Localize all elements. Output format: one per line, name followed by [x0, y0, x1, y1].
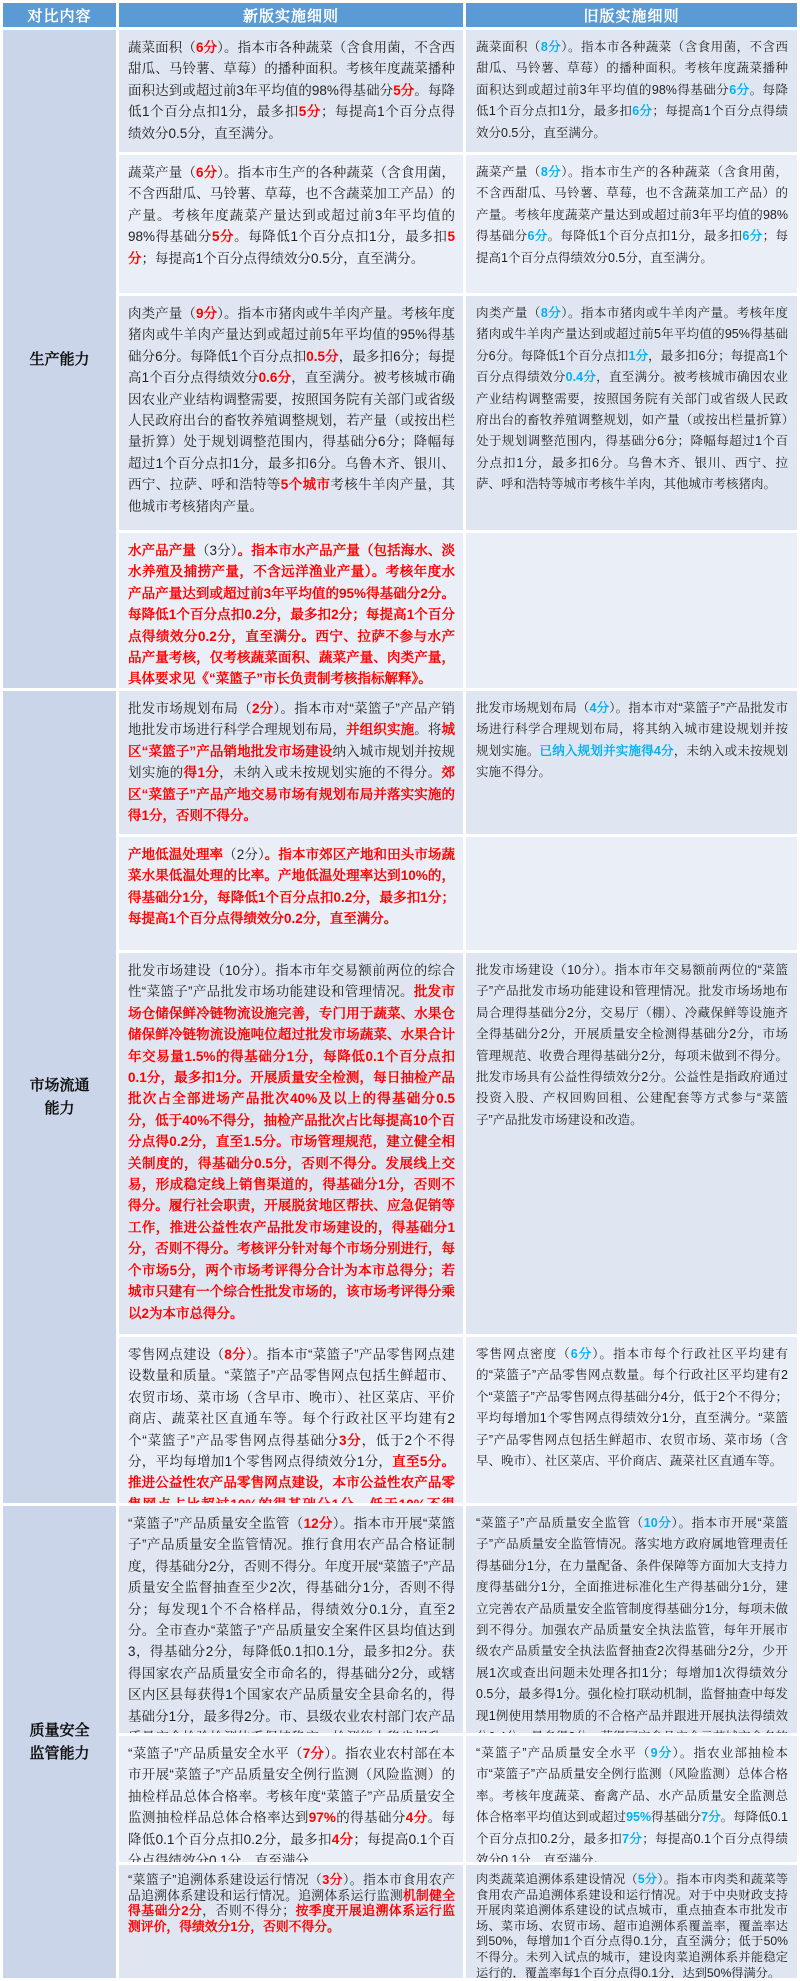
category-label-line: 市场流通: [29, 1074, 89, 1097]
new-rule-cell-precooling-rate: 产地低温处理率（2分）。指本市郊区产地和田头市场蔬菜水果低温处理的比率。产地低温…: [119, 837, 463, 950]
old-rule-cell-quality-level: “菜篮子”产品质量安全水平（9分）。指农业部抽检本市“菜篮子”产品质量安全例行监…: [466, 1736, 797, 1862]
text-run: “菜篮子”产品质量安全水平（: [476, 1746, 651, 1760]
new-rule-cell-quality-supervision: “菜篮子”产品质量安全监管（12分）。指本市开展“菜篮子”产品质量安全监管情况。…: [119, 1506, 463, 1733]
highlight-red: 产地低温处理率: [128, 847, 223, 862]
text-run: 零售网点密度（: [476, 1347, 571, 1361]
highlight-blue: 6分: [527, 229, 547, 243]
text-run: （2分）: [223, 847, 265, 862]
text-run: 的得基础分: [336, 1810, 406, 1825]
old-rule-cell-aquatic-output: [466, 533, 797, 688]
text-run: 蔬菜产量（: [128, 165, 196, 180]
old-rule-cell-meat-output: 肉类产量（8分）。指本市猪肉或牛羊肉产量。考核年度猪肉或牛羊肉产量达到或超过前5…: [466, 296, 797, 530]
highlight-red: 5分: [299, 104, 321, 119]
text-run: 得基础分: [651, 1810, 701, 1824]
old-rule-cell-precooling-rate: [466, 837, 797, 950]
category-label-line: 能力: [44, 1097, 74, 1120]
highlight-red: 6分: [196, 40, 217, 55]
new-rule-cell-aquatic-output: 水产品产量（3分）。指本市水产品产量（包括海水、淡水养殖及捕捞产量，不含远洋渔业…: [119, 533, 463, 688]
text-run: ，未纳入或未按规划实施的不得分。: [219, 765, 441, 780]
highlight-red: 3分: [322, 1872, 343, 1887]
highlight-blue: 5分: [638, 1872, 658, 1886]
text-run: ，直至满分。被考核城市确因农业产业结构调整需要，按照国务院有关部门或省级人民政府…: [128, 370, 455, 492]
text-run: ，否则不得分；: [202, 1903, 295, 1918]
highlight-red: 得1分: [184, 765, 220, 780]
highlight-red: 7分: [303, 1746, 325, 1761]
highlight-blue: 6分: [632, 104, 652, 118]
new-rule-cell-wholesale-construction: 批发市场建设（10分）。指本市年交易额前两位的综合性“菜篮子”产品批发市场功能建…: [119, 953, 463, 1334]
old-rule-cell-retail-outlets: 零售网点密度（6分）。指本市每个行政社区平均建有的“菜篮子”产品零售网点数量。每…: [466, 1337, 797, 1503]
highlight-blue: 已纳入规划并实施得4分: [540, 744, 674, 758]
highlight-red: 4分: [406, 1810, 428, 1825]
text-run: ）。指本市每个行政社区平均建有的“菜篮子”产品零售网点数量。每个行政社区平均建有…: [476, 1347, 788, 1468]
highlight-red: 5分: [393, 83, 414, 98]
highlight-blue: 7分: [622, 1832, 642, 1846]
highlight-red: 3分: [339, 1433, 362, 1448]
old-rule-cell-wholesale-planning: 批发市场规划布局（4分）。指本市对“菜篮子”产品批发市场进行科学合理规划布局，将…: [466, 691, 797, 834]
comparison-table: 对比内容 新版实施细则 旧版实施细则 生产能力市场流通能力质量安全监管能力蔬菜面…: [0, 0, 800, 1981]
highlight-blue: 9分: [651, 1746, 673, 1760]
highlight-red: 并组织实施: [346, 722, 414, 737]
new-rule-cell-veg-area: 蔬菜面积（6分）。指本市各种蔬菜（含食用菌，不含西甜瓜、马铃薯、草莓）的播种面积…: [119, 30, 463, 152]
new-rule-cell-veg-output: 蔬菜产量（6分）。指本市生产的各种蔬菜（含食用菌，不含西甜瓜、马铃薯、草莓，也不…: [119, 155, 463, 293]
category-label-line: 生产能力: [29, 348, 89, 371]
highlight-red: 。指本市水产品产量（包括海水、淡水养殖及捕捞产量，不含远洋渔业产量）。考核年度水…: [128, 543, 455, 686]
highlight-red: 4分: [332, 1832, 354, 1847]
text-run: 。每降低1个百分点扣1分，最多扣: [548, 229, 743, 243]
text-run: ；每提高1个百分点得绩效分0.5分，直至满分。: [142, 251, 425, 266]
old-rule-cell-veg-area: 蔬菜面积（8分）。指本市各种蔬菜（含食用菌，不含西甜瓜、马铃薯、草莓）的播种面积…: [466, 30, 797, 152]
highlight-red: 水产品产量: [128, 543, 196, 558]
highlight-blue: 10分: [644, 1516, 672, 1530]
text-run: 批发市场建设（10分）。指本市年交易额前两位的综合性“菜篮子”产品批发市场功能建…: [128, 963, 455, 999]
text-run: ）。指本市开展“菜篮子”产品质量安全监管情况。落实地方政府属地管理责任得基础分1…: [476, 1516, 788, 1733]
category-label-line: 监管能力: [29, 1742, 89, 1765]
new-rule-cell-retail-outlets: 零售网点建设（8分）。指本市“菜篮子”产品零售网点建设数量和质量。“菜篮子”产品…: [119, 1337, 463, 1503]
text-run: “菜篮子”追溯体系建设运行情况（: [128, 1872, 322, 1887]
highlight-blue: 8分: [541, 306, 561, 320]
highlight-red: 0.6分: [259, 370, 292, 385]
text-run: 批发市场规划布局（: [128, 701, 252, 716]
text-run: 批发市场建设（10分）。指本市年交易额前两位的“菜篮子”产品批发市场功能建设和管…: [476, 963, 788, 1127]
old-rule-cell-veg-output: 蔬菜产量（8分）。指本市生产的各种蔬菜（含食用菌，不含西甜瓜、马铃薯、草莓，也不…: [466, 155, 797, 293]
text-run: 蔬菜面积（: [476, 40, 541, 54]
old-rule-cell-wholesale-construction: 批发市场建设（10分）。指本市年交易额前两位的“菜篮子”产品批发市场功能建设和管…: [466, 953, 797, 1334]
highlight-blue: 1分: [629, 349, 649, 363]
category-cell-市场流通能力: 市场流通能力: [3, 691, 116, 1503]
text-run: “菜篮子”产品质量安全监管（: [128, 1516, 304, 1531]
highlight-red: 12分: [304, 1516, 333, 1531]
highlight-red: 5分: [212, 229, 234, 244]
highlight-blue: 7分: [701, 1810, 720, 1824]
highlight-red: 5个城市: [281, 477, 331, 492]
highlight-blue: 6分: [571, 1347, 593, 1361]
text-run: 。每降低1个百分点扣1分，最多扣: [234, 229, 447, 244]
highlight-red: 6分: [196, 165, 217, 180]
text-run: 蔬菜面积（: [128, 40, 196, 55]
highlight-blue: 8分: [541, 40, 561, 54]
highlight-blue: 8分: [541, 165, 561, 179]
category-cell-质量安全监管能力: 质量安全监管能力: [3, 1506, 116, 1978]
text-run: 零售网点建设（: [128, 1347, 224, 1362]
highlight-red: 批发市场仓储保鲜冷链物流设施完善，专门用于蔬菜、水果仓储保鲜冷链物流设施吨位超过…: [128, 984, 455, 1320]
new-rule-cell-wholesale-planning: 批发市场规划布局（2分）。指本市对“菜篮子”产品产销地批发市场进行科学合理规划布…: [119, 691, 463, 834]
text-run: 。将: [414, 722, 441, 737]
text-run: 肉类产量（: [476, 306, 541, 320]
highlight-blue: 6分: [729, 83, 749, 97]
old-rule-cell-quality-supervision: “菜篮子”产品质量安全监管（10分）。指本市开展“菜篮子”产品质量安全监管情况。…: [466, 1506, 797, 1733]
highlight-blue: 95%: [626, 1810, 651, 1824]
highlight-blue: 4分: [590, 701, 610, 715]
highlight-blue: 6分: [742, 229, 762, 243]
text-run: “菜篮子”产品质量安全水平（: [128, 1746, 303, 1761]
text-run: （3分）: [196, 543, 238, 558]
highlight-red: 0.5分: [306, 349, 338, 364]
old-rule-cell-traceability: 肉类蔬菜追溯体系建设情况（5分）。指本市肉类和蔬菜等食用农产品追溯体系建设和运行…: [466, 1865, 797, 1978]
text-run: 肉类产量（: [128, 306, 196, 321]
text-run: “菜篮子”产品质量安全监管（: [476, 1516, 644, 1530]
category-label-line: 质量安全: [29, 1719, 89, 1742]
highlight-blue: 0.4分: [566, 370, 597, 384]
text-run: ）。指本市肉类和蔬菜等食用农产品追溯体系建设和运行情况。对于中央财政支持开展肉菜…: [476, 1872, 788, 1978]
highlight-red: 8分: [224, 1347, 246, 1362]
category-cell-生产能力: 生产能力: [3, 30, 116, 688]
highlight-red: 97%: [309, 1810, 336, 1825]
text-run: 蔬菜产量（: [476, 165, 541, 179]
text-run: 批发市场规划布局（: [476, 701, 590, 715]
header-old-rules: 旧版实施细则: [466, 3, 797, 27]
new-rule-cell-quality-level: “菜篮子”产品质量安全水平（7分）。指农业农村部在本市开展“菜篮子”产品质量安全…: [119, 1736, 463, 1862]
highlight-red: 9分: [196, 306, 217, 321]
text-run: 肉类蔬菜追溯体系建设情况（: [476, 1872, 638, 1886]
header-compare-content: 对比内容: [3, 3, 116, 27]
highlight-red: 2分: [252, 701, 274, 716]
text-run: ，直至满分。被考核城市确因农业产业结构调整需要，按照国务院有关部门或省级人民政府…: [476, 370, 788, 491]
new-rule-cell-traceability: “菜篮子”追溯体系建设运行情况（3分）。指本市食用农产品追溯体系建设和运行情况。…: [119, 1865, 463, 1978]
new-rule-cell-meat-output: 肉类产量（9分）。指本市猪肉或牛羊肉产量。考核年度猪肉或牛羊肉产量达到或超过前5…: [119, 296, 463, 530]
header-new-rules: 新版实施细则: [119, 3, 463, 27]
text-run: ）。指本市开展“菜篮子”产品质量安全监管情况。推行食用农产品合格证制度，得基础分…: [128, 1516, 455, 1733]
